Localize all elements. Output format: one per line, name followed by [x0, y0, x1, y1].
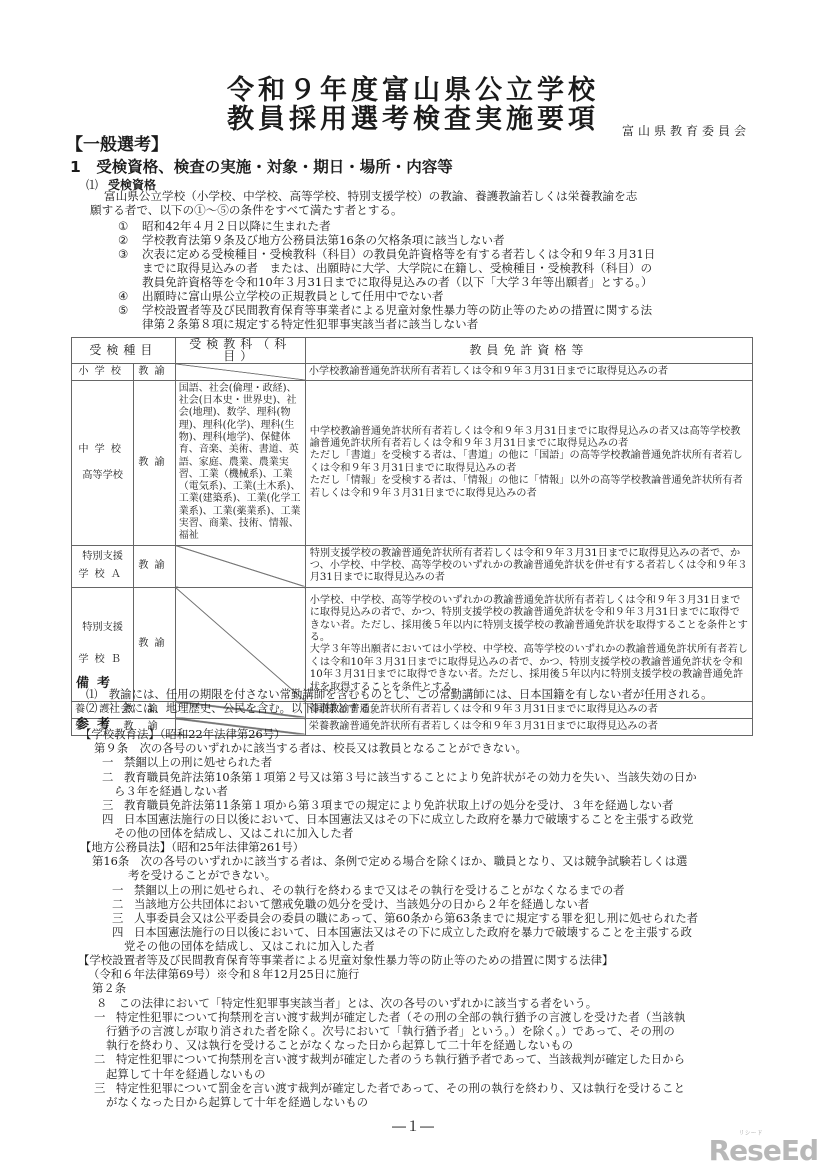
condition-3: ③次表に定める受検種目・受検教科（科目）の教員免許資格等を有する者若しくは令和９… [118, 247, 655, 289]
section-general-selection: 【一般選考】 [66, 130, 168, 155]
empty-subject-cell [175, 587, 305, 701]
reseed-watermark-logo: リシード ReseEd [709, 1134, 818, 1167]
eligibility-intro: 富山県公立学校（小学校、中学校、高等学校、特別支援学校）の教諭、養護教諭若しくは… [90, 189, 770, 218]
section-heading-1: 1 受検資格、検査の実施・対象・期日・場所・内容等 [70, 155, 453, 177]
header-license: 教員免許資格等 [305, 338, 752, 364]
table-row: 特別支援 学校Ｂ 教諭 小学校、中学校、高等学校のいずれかの教諭普通免許状所有者… [72, 587, 753, 701]
law-item: 四日本国憲法施行の日以後において、日本国憲法又はその下に成立した政府を暴力で破壊… [112, 925, 780, 953]
law-item: 一特定性犯罪について拘禁刑を言い渡す裁判が確定した者（その刑の全部の執行猶予の言… [94, 1010, 788, 1053]
table-header-row: 受検種目 受検教科（科目） 教員免許資格等 [72, 338, 753, 364]
page-number: ―１― [0, 1116, 826, 1136]
reference-school-education-law: 【学校教育法】（昭和22年法律第26号） 第９条 次の各号のいずれかに該当する者… [80, 727, 780, 841]
table-row: 特別支援 学校Ａ 教諭 特別支援学校の教諭普通免許状所有者若しくは令和９年３月3… [72, 545, 753, 587]
law-item: 一禁錮以上の刑に処せられた者 [102, 755, 780, 769]
remark-item: ⑵ 社会には、地理歴史、公民を含む。以下同様とする。 [86, 701, 713, 715]
watermark-ruby: リシード [739, 1128, 763, 1137]
table-row: 小学校 教諭 小学校教諭普通免許状所有者若しくは令和９年３月31日までに取得見込… [72, 363, 753, 380]
remark-item: ⑴ 教諭には、任用の期限を付さない常勤講師を含むものとし、この常勤講師には、日本… [86, 687, 713, 701]
remarks-list: ⑴ 教諭には、任用の期限を付さない常勤講師を含むものとし、この常勤講師には、日本… [86, 687, 713, 715]
table-row: 中学校 高等学校 教諭 国語、社会(倫理・政経)、社会(日本史・世界史)、社会(… [72, 380, 753, 545]
law-item: 四日本国憲法施行の日以後において、日本国憲法又はその下に成立した政府を暴力で破壊… [102, 812, 780, 840]
law-item: 三特定性犯罪について罰金を言い渡す裁判が確定した者であって、その刑の執行を終わり… [94, 1081, 788, 1109]
reference-local-public-service-law: 【地方公務員法】（昭和25年法律第261号） 第16条 次の各号のいずれかに該当… [80, 840, 780, 954]
reference-child-protection-law: 【学校設置者等及び民間教育保育等事業者による児童対象性暴力等の防止等のための措置… [78, 953, 788, 1109]
document-page: 令和９年度富山県公立学校 教員採用選考検査実施要項 富山県教育委員会 【一般選考… [0, 0, 826, 1168]
header-subjects: 受検教科（科目） [175, 338, 305, 364]
header-exam-type: 受検種目 [72, 338, 176, 364]
law-item: 三教育職員免許法第11条第１項から第３項までの規定により免許状取上げの処分を受け… [102, 798, 780, 812]
condition-2: ②学校教育法第９条及び地方公務員法第16条の欠格条項に該当しない者 [118, 233, 505, 247]
law-item: 二教育職員免許法第10条第１項第２号又は第３号に該当することにより免許状がその効… [102, 770, 780, 798]
law-item: 二特定性犯罪について拘禁刑を言い渡す裁判が確定した者のうち執行猶予者であって、当… [94, 1052, 788, 1080]
law-item: 一禁錮以上の刑に処せられ、その執行を終わるまで又はその執行を受けることがなくなる… [112, 883, 780, 897]
document-title-line1: 令和９年度富山県公立学校 [0, 75, 826, 107]
empty-subject-cell [175, 363, 305, 380]
empty-subject-cell [175, 545, 305, 587]
condition-1: ①昭和42年４月２日以降に生まれた者 [118, 219, 331, 233]
issuer: 富山県教育委員会 [622, 122, 750, 139]
eligibility-table: 受検種目 受検教科（科目） 教員免許資格等 小学校 教諭 小学校教諭普通免許状所… [71, 337, 753, 736]
condition-4: ④出願時に富山県公立学校の正規教員として任用中でない者 [118, 289, 443, 303]
condition-5: ⑤学校設置者等及び民間教育保育等事業者による児童対象性暴力等の防止等のための措置… [118, 303, 652, 331]
law-item: 三人事委員会又は公平委員会の委員の職にあって、第60条から第63条までに規定する… [112, 911, 780, 925]
law-item: 二当該地方公共団体において懲戒免職の処分を受け、当該処分の日から２年を経過しない… [112, 897, 780, 911]
